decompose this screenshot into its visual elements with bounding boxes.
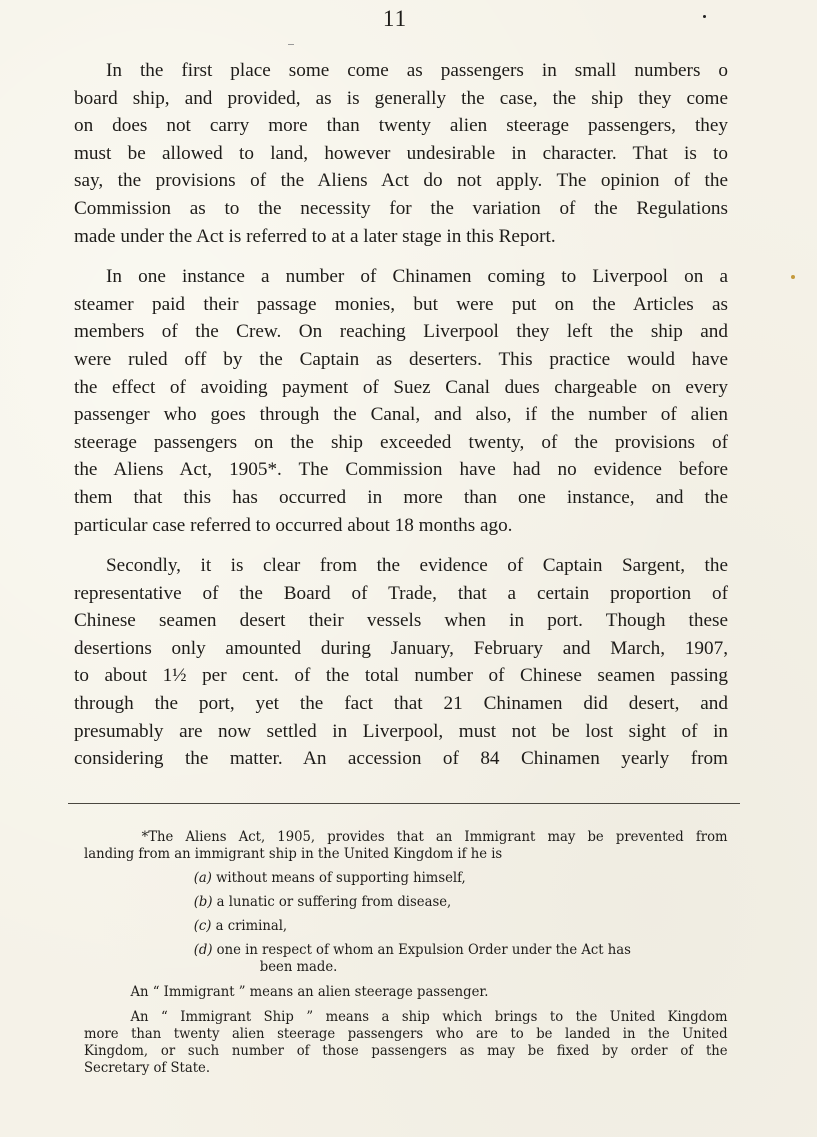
text-line: In one instance a number of Chinamen com… — [74, 263, 728, 291]
text-line: In the first place some come as passenge… — [74, 57, 728, 85]
footnote-line: *The Aliens Act, 1905, provides that an … — [84, 829, 728, 846]
paragraph-3: Secondly, it is clear from the evidence … — [74, 552, 728, 773]
item-text: one in respect of whom an Expulsion Orde… — [212, 942, 630, 958]
text-line: steamer paid their passage monies, but w… — [74, 291, 728, 319]
text-line: made under the Act is referred to at a l… — [74, 223, 728, 251]
text-line: steerage passengers on the ship exceeded… — [74, 429, 728, 457]
footnote: *The Aliens Act, 1905, provides that an … — [84, 829, 728, 1077]
paragraph-1: In the first place some come as passenge… — [74, 57, 728, 250]
item-text: a lunatic or suffering from disease, — [212, 894, 451, 910]
footnote-item-b: (b) a lunatic or suffering from disease, — [194, 894, 728, 911]
item-marker: (b) — [194, 894, 213, 910]
footnote-line: more than twenty alien steerage passenge… — [84, 1026, 728, 1043]
footnote-item-a: (a) without means of supporting himself, — [194, 870, 728, 887]
text-line: presumably are now settled in Liverpool,… — [74, 718, 728, 746]
text-line: say, the provisions of the Aliens Act do… — [74, 167, 728, 195]
definition-immigrant-ship: An “ Immigrant Ship ” means a ship which… — [84, 1009, 728, 1077]
item-text: without means of supporting himself, — [212, 870, 466, 886]
footnote-item-c: (c) a criminal, — [194, 918, 728, 935]
footnote-line: been made. — [194, 959, 728, 976]
text-line: desertions only amounted during January,… — [74, 635, 728, 663]
text-line: passenger who goes through the Canal, an… — [74, 401, 728, 429]
text-line: representative of the Board of Trade, th… — [74, 580, 728, 608]
text-line: must be allowed to land, however undesir… — [74, 140, 728, 168]
text-line: the Aliens Act, 1905*. The Commission ha… — [74, 456, 728, 484]
text-line: through the port, yet the fact that 21 C… — [74, 690, 728, 718]
scanned-page: 11 In the first place some come as passe… — [0, 0, 817, 1137]
footnote-line: An “ Immigrant ” means an alien steerage… — [84, 984, 728, 1001]
ink-speck — [703, 15, 706, 18]
footnote-line: landing from an immigrant ship in the Un… — [84, 846, 728, 863]
footnote-intro: *The Aliens Act, 1905, provides that an … — [84, 829, 728, 863]
footnote-divider — [68, 803, 740, 804]
text-line: the effect of avoiding payment of Suez C… — [74, 374, 728, 402]
footnote-line: Kingdom, or such number of those passeng… — [84, 1043, 728, 1060]
definition-immigrant: An “ Immigrant ” means an alien steerage… — [84, 984, 728, 1001]
body-text: In the first place some come as passenge… — [74, 57, 728, 773]
footnote-line: Secretary of State. — [84, 1060, 728, 1077]
stain-speck — [791, 275, 795, 279]
footnote-line: (d) one in respect of whom an Expulsion … — [194, 942, 728, 959]
print-mark — [288, 44, 294, 45]
text-line: them that this has occurred in more than… — [74, 484, 728, 512]
item-marker: (c) — [194, 918, 212, 934]
item-text: a criminal, — [211, 918, 287, 934]
footnote-line: An “ Immigrant Ship ” means a ship which… — [84, 1009, 728, 1026]
text-line: to about 1½ per cent. of the total numbe… — [74, 662, 728, 690]
footnote-item-d: (d) one in respect of whom an Expulsion … — [194, 942, 728, 976]
text-line: Commission as to the necessity for the v… — [74, 195, 728, 223]
item-marker: (a) — [194, 870, 212, 886]
text-line: on does not carry more than twenty alien… — [74, 112, 728, 140]
page-number: 11 — [0, 6, 790, 32]
text-line: members of the Crew. On reaching Liverpo… — [74, 318, 728, 346]
paragraph-2: In one instance a number of Chinamen com… — [74, 263, 728, 539]
text-line: were ruled off by the Captain as deserte… — [74, 346, 728, 374]
text-line: considering the matter. An accession of … — [74, 745, 728, 773]
text-line: Secondly, it is clear from the evidence … — [74, 552, 728, 580]
text-line: particular case referred to occurred abo… — [74, 512, 728, 540]
text-line: Chinese seamen desert their vessels when… — [74, 607, 728, 635]
item-marker: (d) — [194, 942, 213, 958]
text-line: board ship, and provided, as is generall… — [74, 85, 728, 113]
